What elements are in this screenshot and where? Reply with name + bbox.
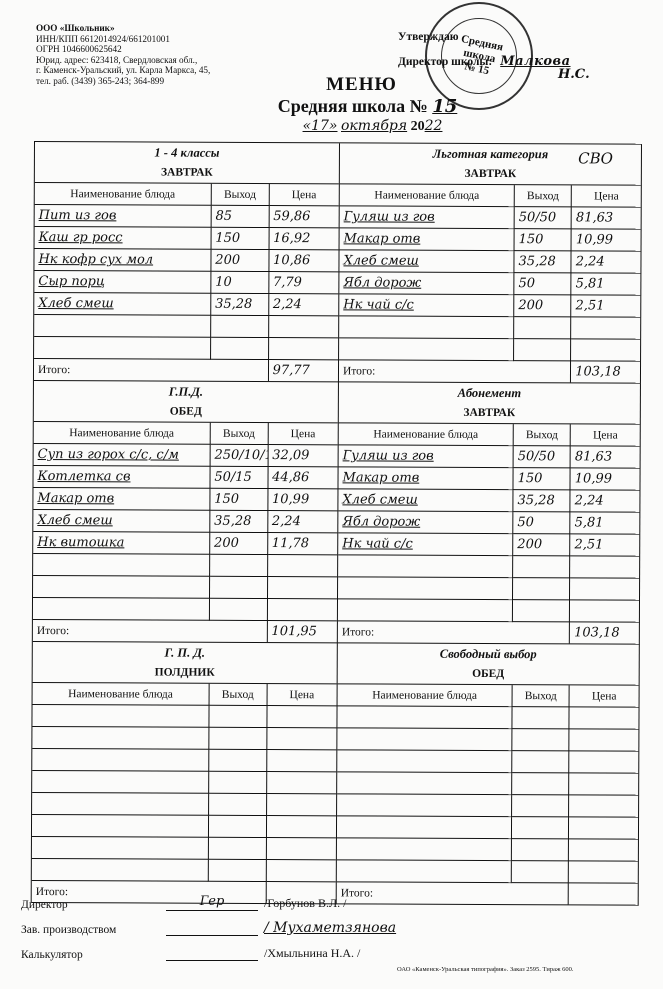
dish-yield: 200 (210, 532, 268, 554)
column-header: Выход (210, 423, 268, 445)
dish-name (338, 555, 513, 578)
dish-name (338, 599, 513, 622)
dish-price (571, 339, 640, 361)
menu-date: «17» октября 2022 (0, 118, 663, 135)
dish-price: 10,99 (267, 489, 337, 511)
dish-name: Каш гр росс (35, 227, 211, 250)
table-row: Нк чай с/с2002,51 (339, 294, 640, 317)
school-number: 15 (432, 96, 457, 117)
dish-name: Нк чай с/с (339, 294, 514, 317)
signature-row: Калькулятор/Хмыльнина Н.А. / (21, 936, 396, 961)
dish-price (570, 578, 639, 600)
dish-name (32, 770, 208, 793)
menu-table: Наименование блюдаВыходЦенаГуляш из гов5… (339, 184, 641, 382)
table-row (337, 750, 638, 773)
dish-price (569, 861, 638, 883)
dish-price (266, 772, 336, 794)
dish-yield (514, 317, 571, 339)
dish-price (569, 773, 638, 795)
menu-section: Льготная категорияСВОЗАВТРАКНаименование… (339, 143, 642, 383)
total-value: 103,18 (571, 361, 640, 383)
menu-category: 1 - 4 классы (35, 142, 339, 163)
dish-price (569, 707, 638, 729)
dish-yield (208, 837, 266, 859)
column-header: Наименование блюда (339, 423, 514, 445)
dish-price (266, 816, 336, 838)
org-inn-kpp: ИНН/КПП 6612014924/661201001 (36, 34, 210, 45)
dish-yield (208, 815, 266, 837)
table-row (339, 316, 640, 339)
dish-price: 81,63 (571, 207, 640, 229)
category-label: Г. П. Д. (164, 646, 205, 660)
dish-name (337, 728, 512, 751)
dish-name: Гуляш из гов (339, 445, 514, 468)
dish-price (266, 838, 336, 860)
table-row: Хлеб смеш35,282,24 (33, 510, 337, 533)
meal-type: ОБЕД (338, 663, 639, 685)
table-row (32, 836, 336, 859)
dish-name (34, 337, 210, 360)
dish-yield (209, 727, 267, 749)
table-row (338, 577, 639, 600)
dish-yield: 150 (513, 468, 570, 490)
column-header: Цена (569, 685, 638, 707)
signature-row: Зав. производством/ Мухаметзянова (21, 911, 396, 936)
column-header: Цена (571, 185, 640, 207)
dish-name: Хлеб смеш (34, 293, 210, 316)
menu-category: Льготная категорияСВО (340, 143, 641, 164)
column-header: Выход (512, 685, 569, 707)
dish-yield: 150 (514, 229, 571, 251)
dish-price (569, 729, 638, 751)
dish-yield: 50/50 (514, 207, 571, 229)
total-row: Итого:103,18 (338, 621, 639, 644)
dish-yield (209, 598, 267, 620)
dish-yield: 35,28 (514, 251, 571, 273)
column-header: Цена (269, 184, 339, 206)
printer-note: ОАО «Каменск-Уральская типография». Зака… (397, 966, 573, 973)
dish-price: 44,86 (268, 467, 338, 489)
dish-name: Ябл дорож (338, 511, 513, 534)
dish-yield (209, 576, 267, 598)
dish-yield: 150 (211, 227, 269, 249)
table-row (33, 554, 337, 577)
dish-yield (512, 795, 569, 817)
dish-name (337, 750, 512, 773)
dish-yield: 35,28 (210, 510, 268, 532)
menu-grid: 1 - 4 классыЗАВТРАКНаименование блюдаВых… (31, 141, 642, 906)
dish-name: Нк витошка (33, 532, 209, 555)
total-label: Итого: (34, 359, 268, 382)
dish-name (337, 838, 512, 861)
table-row: Гуляш из гов50/5081,63 (339, 445, 640, 468)
dish-yield: 250/10/10 (210, 444, 268, 466)
column-header: Выход (513, 424, 570, 446)
dish-yield (512, 729, 569, 751)
signatory-name: /Хмыльнина Н.А. / (264, 946, 360, 961)
table-row (33, 598, 337, 621)
column-header: Цена (570, 424, 639, 446)
dish-yield (208, 859, 266, 881)
signature-row: ДиректорГер/Горбунов В.Л. / (21, 886, 396, 911)
table-row (337, 860, 638, 883)
dish-yield: 85 (211, 205, 269, 227)
dish-name: Суп из горох с/с, с/м (34, 444, 210, 467)
dish-name (33, 576, 209, 599)
table-row (32, 814, 336, 837)
dish-price: 10,86 (269, 250, 339, 272)
menu-section: Г.П.Д.ОБЕДНаименование блюдаВыходЦенаСуп… (33, 381, 339, 643)
signature-line (166, 944, 258, 961)
dish-price (266, 860, 336, 882)
menu-table: Наименование блюдаВыходЦенаПит из гов855… (34, 183, 339, 381)
category-note: СВО (578, 148, 613, 168)
menu-table: Наименование блюдаВыходЦенаСуп из горох … (33, 422, 338, 642)
table-row (34, 315, 338, 338)
dish-yield: 50/50 (513, 446, 570, 468)
dish-name (337, 816, 512, 839)
dish-yield (209, 705, 267, 727)
total-value (568, 883, 637, 905)
dish-yield (512, 600, 569, 622)
date-year-suffix: 22 (425, 118, 443, 134)
table-row: Хлеб смеш35,282,24 (338, 489, 639, 512)
table-row (34, 337, 338, 360)
dish-name: Макар отв (338, 467, 513, 490)
table-row: Сыр порц107,79 (34, 271, 338, 294)
dish-price (268, 338, 338, 360)
dish-name: Макар отв (340, 228, 515, 251)
column-header: Наименование блюда (33, 683, 209, 705)
dish-yield: 50 (514, 273, 571, 295)
dish-yield (210, 337, 268, 359)
dish-yield (512, 707, 569, 729)
menu-category: Г. П. Д. (33, 642, 337, 663)
total-row: Итого:97,77 (34, 359, 338, 382)
column-header: Выход (514, 185, 571, 207)
signature-line: Гер (166, 894, 258, 911)
menu-section: АбонементЗАВТРАКНаименование блюдаВыходЦ… (338, 382, 641, 644)
dish-price: 16,92 (269, 228, 339, 250)
column-header: Выход (209, 684, 267, 706)
dish-price: 11,78 (267, 533, 337, 555)
dish-price: 2,24 (570, 490, 639, 512)
signature-role: Директор (21, 899, 146, 911)
menu-category: Абонемент (339, 382, 640, 403)
table-row: Нк чай с/с2002,51 (338, 533, 639, 556)
table-row: Нк витошка20011,78 (33, 532, 337, 555)
dish-price: 2,51 (570, 534, 639, 556)
column-header: Наименование блюда (34, 422, 210, 444)
dish-yield (511, 861, 568, 883)
meal-type: ПОЛДНИК (33, 662, 337, 684)
dish-name: Ябл дорож (339, 272, 514, 295)
menu-section: 1 - 4 классыЗАВТРАКНаименование блюдаВых… (34, 142, 340, 382)
category-label: Абонемент (458, 386, 521, 400)
org-address-1: Юрид. адрес: 623418, Свердловская обл., (36, 55, 210, 66)
signature-line (166, 919, 258, 936)
table-row (337, 728, 638, 751)
dish-yield (208, 793, 266, 815)
school-line: Средняя школа № 15 (0, 96, 663, 117)
dish-name (337, 794, 512, 817)
table-row: Нк кофр сух мол20010,86 (34, 249, 338, 272)
approval-block: Утверждаю Директор школы: Малкова Н.С. (398, 31, 571, 69)
dish-price (570, 600, 639, 622)
dish-name: Хлеб смеш (339, 250, 514, 273)
total-label: Итого: (339, 360, 571, 383)
dish-name (32, 858, 208, 881)
dish-price: 2,24 (268, 294, 338, 316)
table-row (32, 726, 336, 749)
column-header: Наименование блюда (338, 684, 513, 706)
table-row (338, 555, 639, 578)
dish-yield (512, 751, 569, 773)
dish-price (569, 839, 638, 861)
table-row (339, 338, 640, 361)
dish-price (267, 599, 337, 621)
dish-price (267, 555, 337, 577)
dish-yield (512, 773, 569, 795)
dish-price: 2,24 (267, 511, 337, 533)
table-row: Ябл дорож505,81 (339, 272, 640, 295)
table-row: Хлеб смеш35,282,24 (339, 250, 640, 273)
table-row (32, 770, 336, 793)
total-value: 101,95 (267, 621, 337, 643)
dish-name: Пит из гов (35, 205, 211, 228)
dish-yield: 200 (211, 249, 269, 271)
column-header: Цена (268, 423, 338, 445)
dish-name: Нк чай с/с (338, 533, 513, 556)
dish-yield: 150 (210, 488, 268, 510)
dish-price: 2,51 (571, 295, 640, 317)
dish-name (337, 706, 512, 729)
total-value: 103,18 (570, 622, 639, 644)
table-row (337, 794, 638, 817)
table-row (32, 748, 336, 771)
column-header: Цена (267, 684, 337, 706)
menu-category: Г.П.Д. (34, 381, 338, 402)
dish-yield: 35,28 (211, 293, 269, 315)
table-row: Пит из гов8559,86 (35, 205, 339, 228)
table-row: Гуляш из гов50/5081,63 (340, 206, 641, 229)
signatory-name: / Мухаметзянова (264, 920, 396, 936)
column-header: Наименование блюда (35, 183, 211, 205)
table-row (337, 772, 638, 795)
dish-name (339, 338, 514, 361)
category-label: 1 - 4 классы (154, 146, 219, 160)
dish-yield (514, 339, 571, 361)
dish-yield (209, 554, 267, 576)
table-row (337, 838, 638, 861)
meal-type: ЗАВТРАК (339, 402, 640, 424)
school-label: Средняя школа № (278, 96, 428, 116)
dish-name (33, 554, 209, 577)
dish-name (32, 704, 208, 727)
table-row (338, 599, 639, 622)
dish-price (266, 750, 336, 772)
date-month: октября (341, 118, 407, 134)
dish-name: Гуляш из гов (340, 206, 515, 229)
director-label: Директор школы: (398, 56, 492, 68)
dish-name: Хлеб смеш (33, 510, 209, 533)
signature-role: Калькулятор (21, 949, 146, 961)
total-label: Итого: (338, 621, 570, 644)
dish-price (569, 751, 638, 773)
dish-yield (512, 817, 569, 839)
menu-section: Г. П. Д.ПОЛДНИКНаименование блюдаВыходЦе… (32, 642, 338, 904)
dish-name (337, 772, 512, 795)
dish-price (569, 795, 638, 817)
dish-name (32, 748, 208, 771)
dish-yield (511, 839, 568, 861)
dish-price: 2,24 (571, 251, 640, 273)
dish-price: 5,81 (570, 512, 639, 534)
dish-yield: 200 (513, 534, 570, 556)
table-row (32, 704, 336, 727)
table-row (337, 706, 638, 729)
dish-price: 32,09 (268, 445, 338, 467)
table-row: Суп из горох с/с, с/м250/10/1032,09 (34, 444, 338, 467)
dish-yield (210, 315, 268, 337)
dish-name (32, 814, 208, 837)
category-label: Свободный выбор (440, 647, 537, 661)
menu-category: Свободный выбор (338, 643, 639, 664)
dish-name: Макар отв (33, 488, 209, 511)
table-row (32, 792, 336, 815)
dish-price (266, 728, 336, 750)
category-label: Г.П.Д. (169, 385, 203, 399)
dish-name (33, 598, 209, 621)
dish-price: 10,99 (570, 468, 639, 490)
menu-section: Свободный выборОБЕДНаименование блюдаВых… (337, 643, 640, 905)
dish-name (338, 577, 513, 600)
menu-table: Наименование блюдаВыходЦенаГуляш из гов5… (338, 423, 640, 643)
table-row (33, 576, 337, 599)
menu-heading: МЕНЮ (0, 74, 663, 96)
table-row: Макар отв15010,99 (338, 467, 639, 490)
signature-role: Зав. производством (21, 924, 146, 936)
dish-name: Сыр порц (34, 271, 210, 294)
dish-yield: 50/15 (210, 466, 268, 488)
dish-name (32, 792, 208, 815)
table-row: Котлетка св50/1544,86 (33, 466, 337, 489)
menu-table: Наименование блюдаВыходЦенаИтого: (337, 684, 639, 904)
menu-table: Наименование блюдаВыходЦенаИтого: (32, 683, 337, 903)
date-day: «17» (303, 118, 338, 134)
dish-yield: 10 (211, 271, 269, 293)
table-row (32, 858, 336, 881)
dish-yield (208, 771, 266, 793)
total-label: Итого: (33, 619, 267, 642)
dish-price (569, 817, 638, 839)
dish-name: Хлеб смеш (338, 489, 513, 512)
meal-type: ОБЕД (34, 401, 338, 423)
signatory-name: /Горбунов В.Л. / (264, 896, 346, 911)
dish-price: 81,63 (570, 446, 639, 468)
dish-name: Нк кофр сух мол (34, 249, 210, 272)
dish-name (339, 316, 514, 339)
dish-yield: 200 (514, 295, 571, 317)
category-label: Льготная категория (433, 147, 549, 162)
dish-yield (513, 556, 570, 578)
dish-price (571, 317, 640, 339)
meal-type: ЗАВТРАК (35, 162, 339, 184)
org-name: ООО «Школьник» (36, 23, 210, 34)
menu-title: МЕНЮ Средняя школа № 15 «17» октября 202… (0, 74, 663, 135)
table-row: Хлеб смеш35,282,24 (34, 293, 338, 316)
dish-price: 10,99 (571, 229, 640, 251)
table-row: Макар отв15010,99 (340, 228, 641, 251)
dish-price (267, 577, 337, 599)
table-row: Макар отв15010,99 (33, 488, 337, 511)
dish-name: Котлетка св (33, 466, 209, 489)
dish-price: 59,86 (269, 206, 339, 228)
dish-price (267, 706, 337, 728)
org-ogrn: ОГРН 1046600625642 (36, 44, 210, 55)
table-row: Каш гр росс15016,92 (35, 227, 339, 250)
table-row: Ябл дорож505,81 (338, 511, 639, 534)
dish-yield: 35,28 (513, 490, 570, 512)
dish-yield: 50 (513, 512, 570, 534)
dish-name (32, 836, 208, 859)
approved-label: Утверждаю (398, 31, 571, 43)
date-year-prefix: 20 (411, 119, 425, 134)
total-row: Итого:103,18 (339, 360, 640, 383)
dish-name (32, 726, 208, 749)
dish-yield (513, 578, 570, 600)
dish-yield (209, 749, 267, 771)
dish-price (268, 316, 338, 338)
dish-price (266, 794, 336, 816)
column-header: Выход (211, 184, 269, 206)
total-value: 97,77 (268, 360, 338, 382)
dish-price (570, 556, 639, 578)
total-row: Итого:101,95 (33, 619, 337, 642)
dish-name (34, 315, 210, 338)
dish-price: 5,81 (571, 273, 640, 295)
dish-price: 7,79 (268, 272, 338, 294)
column-header: Наименование блюда (340, 184, 515, 206)
signatures-block: ДиректорГер/Горбунов В.Л. /Зав. производ… (21, 886, 396, 961)
table-row (337, 816, 638, 839)
dish-name (337, 860, 512, 883)
